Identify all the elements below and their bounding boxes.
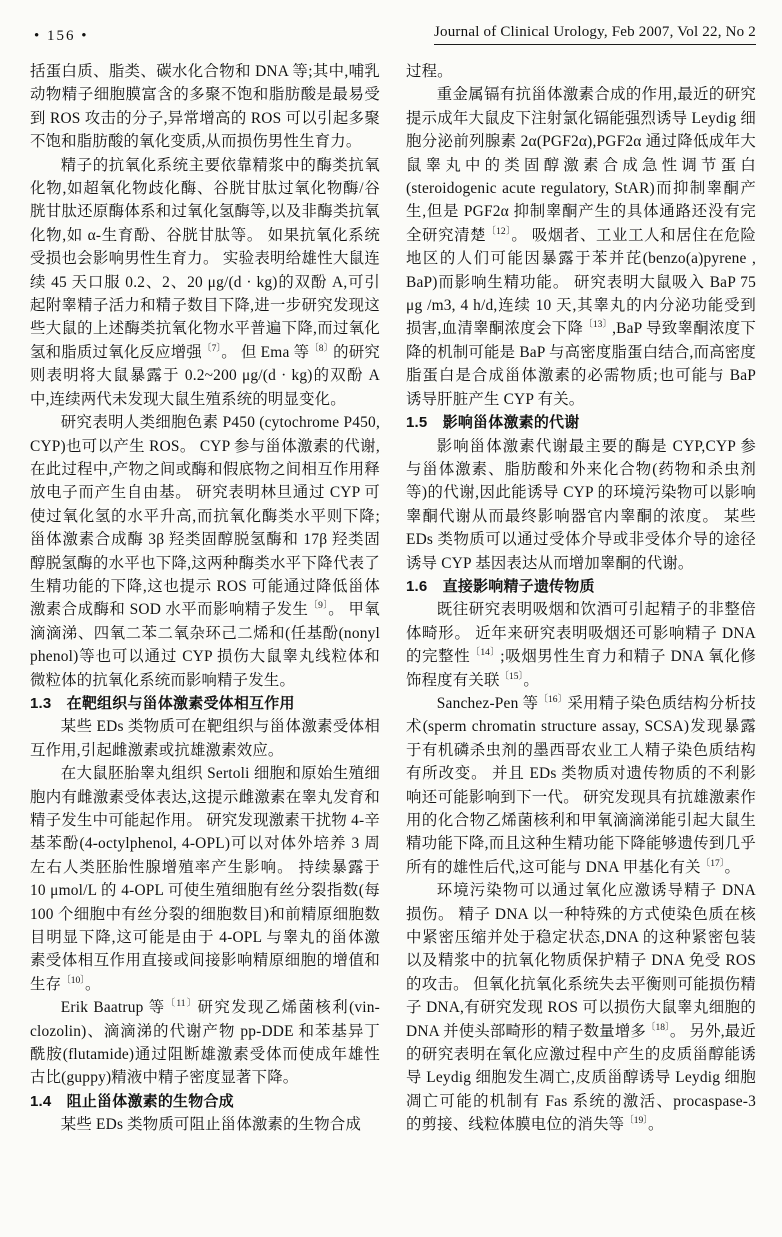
reference-marker: 〔9〕 [308,601,328,611]
paragraph: Sanchez-Pen 等〔16〕采用精子染色质结构分析技术(sperm chr… [406,692,756,879]
paragraph: 某些 EDs 类物质可阻止甾体激素的生物合成 [30,1113,380,1136]
reference-marker: 〔16〕 [538,695,567,705]
paragraph: 在大鼠胚胎睾丸组织 Sertoli 细胞和原始生殖细胞内有雌激素受体表达,这提示… [30,762,380,996]
journal-citation: Journal of Clinical Urology, Feb 2007, V… [434,24,756,45]
paragraph: 环境污染物可以通过氧化应激诱导精子 DNA 损伤。 精子 DNA 以一种特殊的方… [406,879,756,1136]
journal-page: • 156 • Journal of Clinical Urology, Feb… [0,0,782,1137]
reference-marker: 〔7〕 [202,344,221,354]
paragraph: 括蛋白质、脂类、碳水化合物和 DNA 等;其中,哺乳动物精子细胞膜富含的多聚不饱… [30,60,380,154]
paragraph: 某些 EDs 类物质可在靶组织与甾体激素受体相互作用,引起雌激素或抗雄激素效应。 [30,715,380,762]
paragraph: 既往研究表明吸烟和饮酒可引起精子的非整倍体畸形。 近年来研究表明吸烟还可影响精子… [406,598,756,692]
reference-marker: 〔10〕 [61,976,85,986]
reference-marker: 〔17〕 [701,859,725,869]
section-heading: 1.3 在靶组织与甾体激素受体相互作用 [30,692,380,715]
paragraph: Erik Baatrup 等〔11〕研究发现乙烯菌核利(vin-clozolin… [30,996,380,1090]
section-heading: 1.6 直接影响精子遗传物质 [406,575,756,598]
paragraph: 过程。 [406,60,756,83]
reference-marker: 〔19〕 [624,1116,648,1126]
reference-marker: 〔14〕 [470,648,500,658]
reference-marker: 〔12〕 [486,227,511,237]
reference-marker: 〔15〕 [500,671,524,681]
page-header: • 156 • Journal of Clinical Urology, Feb… [30,24,756,45]
paragraph: 影响甾体激素代谢最主要的酶是 CYP,CYP 参与甾体激素、脂肪酸和外来化合物(… [406,435,756,575]
reference-marker: 〔11〕 [166,999,198,1009]
reference-marker: 〔8〕 [309,344,333,354]
two-column-body: 括蛋白质、脂类、碳水化合物和 DNA 等;其中,哺乳动物精子细胞膜富含的多聚不饱… [30,60,756,1137]
paragraph: 研究表明人类细胞色素 P450 (cytochrome P450, CYP)也可… [30,411,380,692]
page-number: • 156 • [30,28,89,45]
left-column: 括蛋白质、脂类、碳水化合物和 DNA 等;其中,哺乳动物精子细胞膜富含的多聚不饱… [30,60,380,1137]
right-column: 过程。重金属镉有抗甾体激素合成的作用,最近的研究提示成年大鼠皮下注射氯化镉能强烈… [406,60,756,1137]
section-heading: 1.4 阻止甾体激素的生物合成 [30,1090,380,1113]
reference-marker: 〔18〕 [646,1023,670,1033]
section-heading: 1.5 影响甾体激素的代谢 [406,411,756,434]
reference-marker: 〔13〕 [583,320,612,330]
paragraph: 精子的抗氧化系统主要依靠精浆中的酶类抗氧化物,如超氧化物歧化酶、谷胱甘肽过氧化物… [30,154,380,411]
paragraph: 重金属镉有抗甾体激素合成的作用,最近的研究提示成年大鼠皮下注射氯化镉能强烈诱导 … [406,83,756,411]
